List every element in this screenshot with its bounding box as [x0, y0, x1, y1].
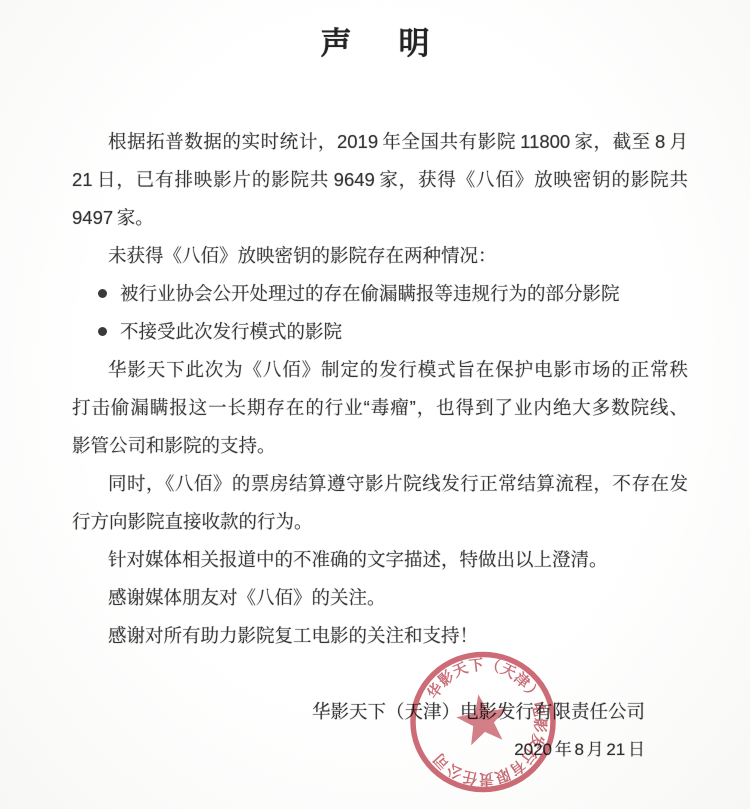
star-icon: [453, 690, 512, 747]
signature-block: 华影天下（天津）电影发行有限责任公司 2020 年 8 月 21 日: [72, 693, 645, 769]
bullet-icon: [98, 327, 107, 336]
bullet-text: 被行业协会公开处理过的存在偷漏瞒报等违规行为的部分影院: [120, 283, 620, 304]
text-line: 打击偷漏瞒报这一长期存在的行业“毒瘤”，也得到了业内绝大多数院线、: [72, 389, 688, 427]
bullet-line: 不接受此次发行模式的影院: [72, 313, 688, 351]
bullet-line: 被行业协会公开处理过的存在偷漏瞒报等违规行为的部分影院: [72, 275, 688, 313]
signature-date: 2020 年 8 月 21 日: [72, 731, 645, 769]
document-title: 声 明: [0, 18, 750, 63]
document-body: 根据拓普数据的实时统计，2019 年全国共有影院 11800 家，截至 8 月2…: [72, 123, 688, 655]
text-line: 未获得《八佰》放映密钥的影院存在两种情况：: [72, 237, 688, 275]
text-line: 感谢对所有助力影院复工电影的关注和支持！: [72, 617, 688, 655]
text-line: 9497 家。: [72, 199, 688, 237]
text-line: 根据拓普数据的实时统计，2019 年全国共有影院 11800 家，截至 8 月: [72, 123, 688, 161]
text-line: 同时，《八佰》的票房结算遵守影片院线发行正常结算流程，不存在发: [72, 465, 688, 503]
text-line: 影管公司和影院的支持。: [72, 427, 688, 465]
company-seal-stamp: 华影天下（天津）电影发行有限责任公司: [408, 650, 558, 798]
statement-document-page: 声 明 根据拓普数据的实时统计，2019 年全国共有影院 11800 家，截至 …: [0, 0, 750, 809]
bullet-icon: [98, 289, 107, 298]
bullet-text: 不接受此次发行模式的影院: [120, 321, 342, 342]
text-line: 针对媒体相关报道中的不准确的文字描述，特做出以上澄清。: [72, 541, 688, 579]
text-line: 行方向影院直接收款的行为。: [72, 503, 688, 541]
text-line: 华影天下此次为《八佰》制定的发行模式旨在保护电影市场的正常秩序，: [72, 351, 688, 389]
text-line: 感谢媒体朋友对《八佰》的关注。: [72, 579, 688, 617]
signature-company-name: 华影天下（天津）电影发行有限责任公司: [72, 693, 645, 731]
text-line: 21 日，已有排映影片的影院共 9649 家，获得《八佰》放映密钥的影院共: [72, 161, 688, 199]
